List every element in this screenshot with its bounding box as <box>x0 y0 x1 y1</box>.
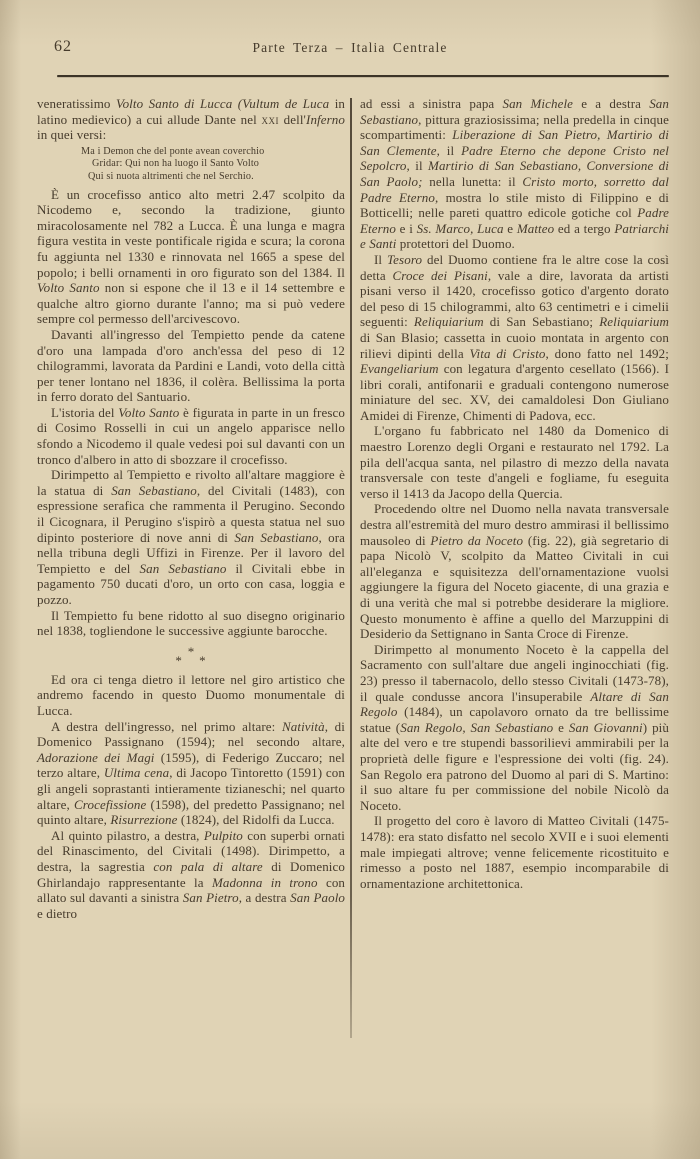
body-text: Ed ora ci tenga dietro il lettore nel gi… <box>37 672 345 718</box>
italic-text: San Sebastiano <box>140 561 227 576</box>
italic-text: Ultima cena <box>104 765 169 780</box>
italic-text: Matteo <box>517 221 554 236</box>
paragraph: L'organo fu fabbricato nel 1480 da Domen… <box>360 423 669 501</box>
paragraph: È un crocefisso antico alto metri 2.47 s… <box>37 187 345 327</box>
verse-line: Gridar: Qui non ha luogo il Santo Volto <box>81 158 331 171</box>
running-title: Parte Terza – Italia Centrale <box>0 40 700 56</box>
italic-text: Tesoro <box>387 252 422 267</box>
paragraph: Procedendo oltre nel Duomo nella navata … <box>360 501 669 641</box>
header-rule <box>57 75 669 77</box>
body-text: dell' <box>279 112 306 127</box>
italic-text: Volto Santo di Lucca (Vultum de Luca <box>116 96 329 111</box>
body-text: A destra dell'ingresso, nel primo altare… <box>51 719 282 734</box>
body-text: e i <box>396 221 417 236</box>
italic-text: San Sebastiano <box>234 530 318 545</box>
paragraph: Il Tempietto fu bene ridotto al suo dise… <box>37 608 345 639</box>
body-text: il <box>410 158 428 173</box>
italic-text: San Michele <box>502 96 573 111</box>
italic-text: San Paolo <box>290 890 345 905</box>
paragraph: veneratissimo Volto Santo di Lucca (Vult… <box>37 96 345 143</box>
body-text: di San Sebastiano; <box>484 314 599 329</box>
verse-line: Qui si nuota altrimenti che nel Serchio. <box>81 171 331 184</box>
body-text: protettori del Duomo. <box>396 236 514 251</box>
body-text: ad essi a sinistra papa <box>360 96 502 111</box>
body-text: (fig. 22), già segretario di papa Nicolò… <box>360 533 669 642</box>
italic-text: San Pietro <box>183 890 239 905</box>
body-text: , a destra <box>239 890 290 905</box>
italic-text: Crocefissione <box>74 797 146 812</box>
body-text: in quei versi: <box>37 127 106 142</box>
body-text: È un crocefisso antico alto metri 2.47 s… <box>37 187 345 280</box>
italic-text: Volto Santo <box>118 405 179 420</box>
paragraph: Dirimpetto al monumento Noceto è la capp… <box>360 642 669 814</box>
italic-text: Pulpito <box>204 828 243 843</box>
italic-text: San Sebastiano <box>111 483 197 498</box>
verse-line: Ma i Demon che del ponte avean coverchio <box>81 146 331 159</box>
column-divider <box>350 98 352 1038</box>
body-text: (1824), del Ridolfi da Lucca. <box>178 812 335 827</box>
book-page: 62 Parte Terza – Italia Centrale venerat… <box>0 0 700 1159</box>
italic-text: Pietro da Noceto <box>430 533 523 548</box>
verse-quote: Ma i Demon che del ponte avean coverchio… <box>37 146 345 184</box>
paragraph: Ed ora ci tenga dietro il lettore nel gi… <box>37 672 345 719</box>
italic-text: Vita di Cristo <box>469 346 545 361</box>
text-columns: veneratissimo Volto Santo di Lucca (Vult… <box>37 96 668 1106</box>
body-text: Il <box>374 252 387 267</box>
paragraph: ad essi a sinistra papa San Michele e a … <box>360 96 669 252</box>
body-text: , dono fatto nel 1492; <box>546 346 669 361</box>
body-text: e a destra <box>573 96 649 111</box>
body-text: ed a tergo <box>554 221 614 236</box>
paragraph: L'istoria del Volto Santo è figurata in … <box>37 405 345 467</box>
italic-text: Reliquiarium <box>599 314 669 329</box>
page-header: 62 Parte Terza – Italia Centrale <box>0 38 700 62</box>
paragraph: A destra dell'ingresso, nel primo altare… <box>37 719 345 828</box>
italic-text: Adorazione dei Magi <box>37 750 155 765</box>
italic-text: Reliquiarium <box>414 314 484 329</box>
paragraph: Dirimpetto al Tempietto e rivolto all'al… <box>37 467 345 607</box>
italic-text: Croce dei Pisani <box>393 268 488 283</box>
italic-text: Madonna in trono <box>212 875 318 890</box>
italic-text: Inferno <box>306 112 345 127</box>
body-text: il <box>440 143 461 158</box>
body-text: Il Tempietto fu bene ridotto al suo dise… <box>37 608 345 639</box>
italic-text: Evangeliarium <box>360 361 439 376</box>
right-column: ad essi a sinistra papa San Michele e a … <box>360 96 669 891</box>
body-text: xxi <box>262 112 280 127</box>
italic-text: Natività <box>282 719 325 734</box>
paragraph: Il Tesoro del Duomo contiene fra le altr… <box>360 252 669 424</box>
italic-text: con pala di altare <box>153 859 262 874</box>
body-text: e <box>553 720 569 735</box>
paragraph: Al quinto pilastro, a destra, Pulpito co… <box>37 828 345 922</box>
body-text: e dietro <box>37 906 77 921</box>
body-text: e <box>504 221 517 236</box>
italic-text: Ss. Marco, Luca <box>417 221 504 236</box>
body-text: Al quinto pilastro, a destra, <box>51 828 204 843</box>
body-text: Davanti all'ingresso del Tempietto pende… <box>37 327 345 404</box>
italic-text: San Regolo, San Sebastiano <box>400 720 553 735</box>
left-column: veneratissimo Volto Santo di Lucca (Vult… <box>37 96 345 921</box>
paragraph: Davanti all'ingresso del Tempietto pende… <box>37 327 345 405</box>
asterism-separator: ** * <box>37 647 345 665</box>
body-text: L'istoria del <box>51 405 118 420</box>
paragraph: Il progetto del coro è lavoro di Matteo … <box>360 813 669 891</box>
body-text: veneratissimo <box>37 96 116 111</box>
body-text: L'organo fu fabbricato nel 1480 da Domen… <box>360 423 669 500</box>
body-text: nella lunetta: il <box>423 174 523 189</box>
italic-text: Risurrezione <box>110 812 177 827</box>
body-text: Il progetto del coro è lavoro di Matteo … <box>360 813 669 890</box>
italic-text: Volto Santo <box>37 280 100 295</box>
italic-text: San Giovanni <box>569 720 643 735</box>
asterism-bottom: * * <box>37 656 345 665</box>
